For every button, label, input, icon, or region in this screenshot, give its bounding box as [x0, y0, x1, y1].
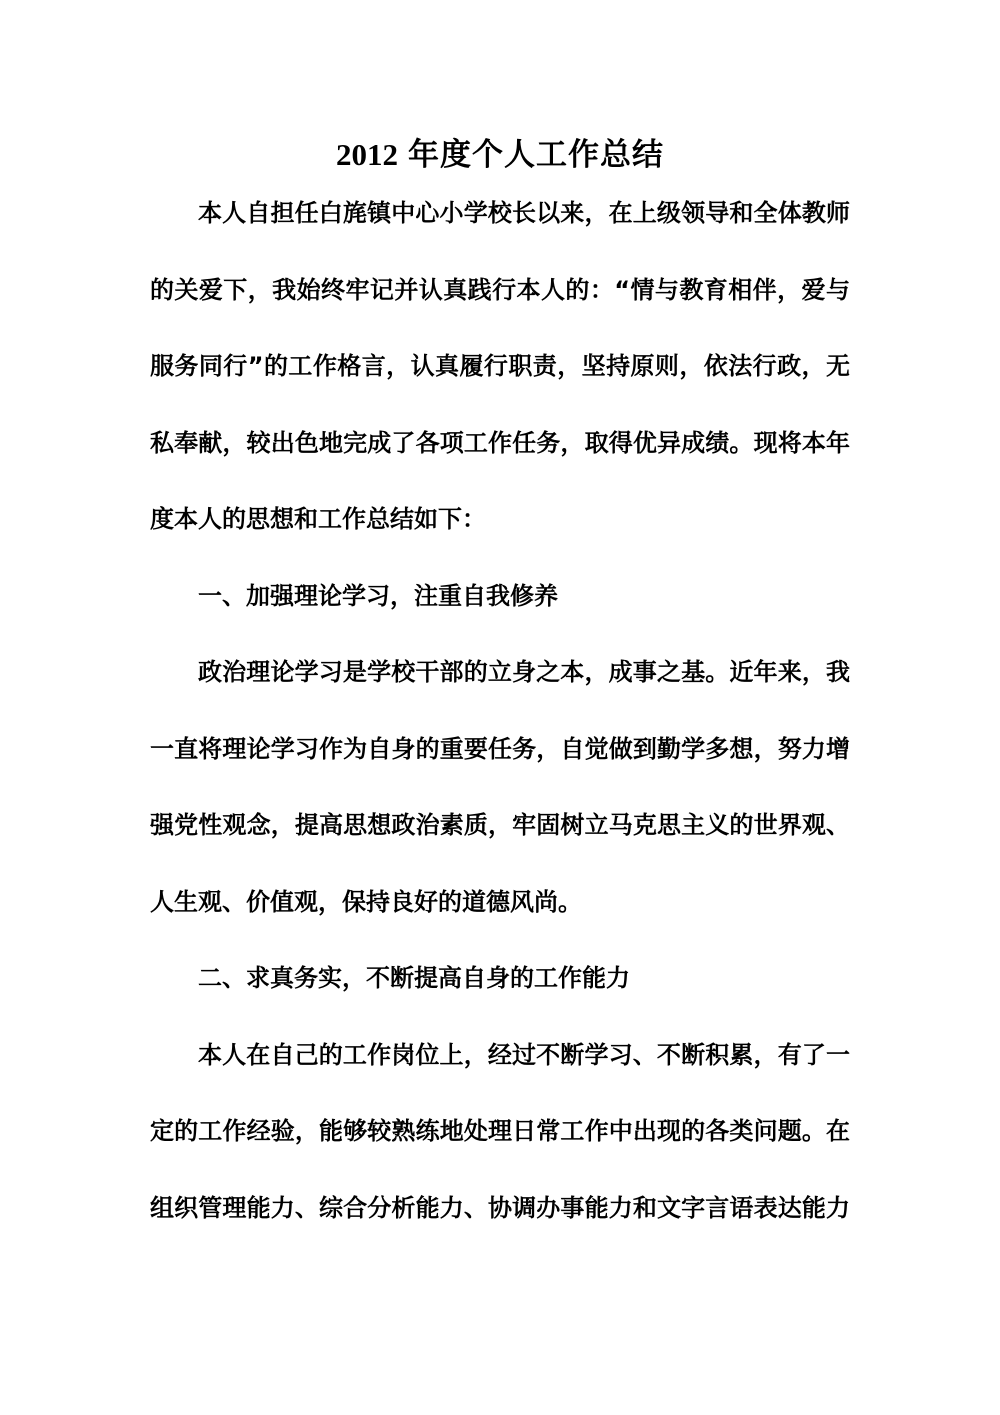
section-2-heading-line-1: 二、求真务实，不断提高自身的工作能力: [150, 940, 850, 1017]
section-1-paragraph-line-4: 人生观、价值观，保持良好的道德风尚。: [150, 864, 850, 941]
section-1-paragraph-line-3: 强党性观念，提高思想政治素质，牢固树立马克思主义的世界观、: [150, 787, 850, 864]
document-page: 2012年度个人工作总结 本人自担任白旄镇中心小学校长以来，在上级领导和全体教师…: [0, 0, 1000, 1415]
intro-paragraph-line-3: 服务同行”的工作格言，认真履行职责，坚持原则，依法行政，无: [150, 328, 850, 405]
section-1-paragraph-line-2: 一直将理论学习作为自身的重要任务，自觉做到勤学多想，努力增: [150, 711, 850, 788]
intro-paragraph-line-4: 私奉献，较出色地完成了各项工作任务，取得优异成绩。现将本年: [150, 405, 850, 482]
intro-paragraph-line-1: 本人自担任白旄镇中心小学校长以来，在上级领导和全体教师: [150, 175, 850, 252]
section-1-heading-line-1: 一、加强理论学习，注重自我修养: [150, 558, 850, 635]
intro-paragraph-line-5: 度本人的思想和工作总结如下：: [150, 481, 850, 558]
document-title: 2012年度个人工作总结: [150, 135, 850, 175]
document-content: 2012年度个人工作总结 本人自担任白旄镇中心小学校长以来，在上级领导和全体教师…: [0, 0, 1000, 1246]
section-2-paragraph-line-1: 本人在自己的工作岗位上，经过不断学习、不断积累，有了一: [150, 1017, 850, 1094]
title-text: 年度个人工作总结: [408, 137, 664, 173]
section-2-paragraph-line-2: 定的工作经验，能够较熟练地处理日常工作中出现的各类问题。在: [150, 1093, 850, 1170]
intro-paragraph-line-2: 的关爱下，我始终牢记并认真践行本人的：“情与教育相伴，爱与: [150, 252, 850, 329]
title-year: 2012: [336, 137, 398, 172]
section-1-paragraph-line-1: 政治理论学习是学校干部的立身之本，成事之基。近年来，我: [150, 634, 850, 711]
document-body: 本人自担任白旄镇中心小学校长以来，在上级领导和全体教师的关爱下，我始终牢记并认真…: [150, 175, 850, 1246]
section-2-paragraph-line-3: 组织管理能力、综合分析能力、协调办事能力和文字言语表达能力: [150, 1170, 850, 1247]
